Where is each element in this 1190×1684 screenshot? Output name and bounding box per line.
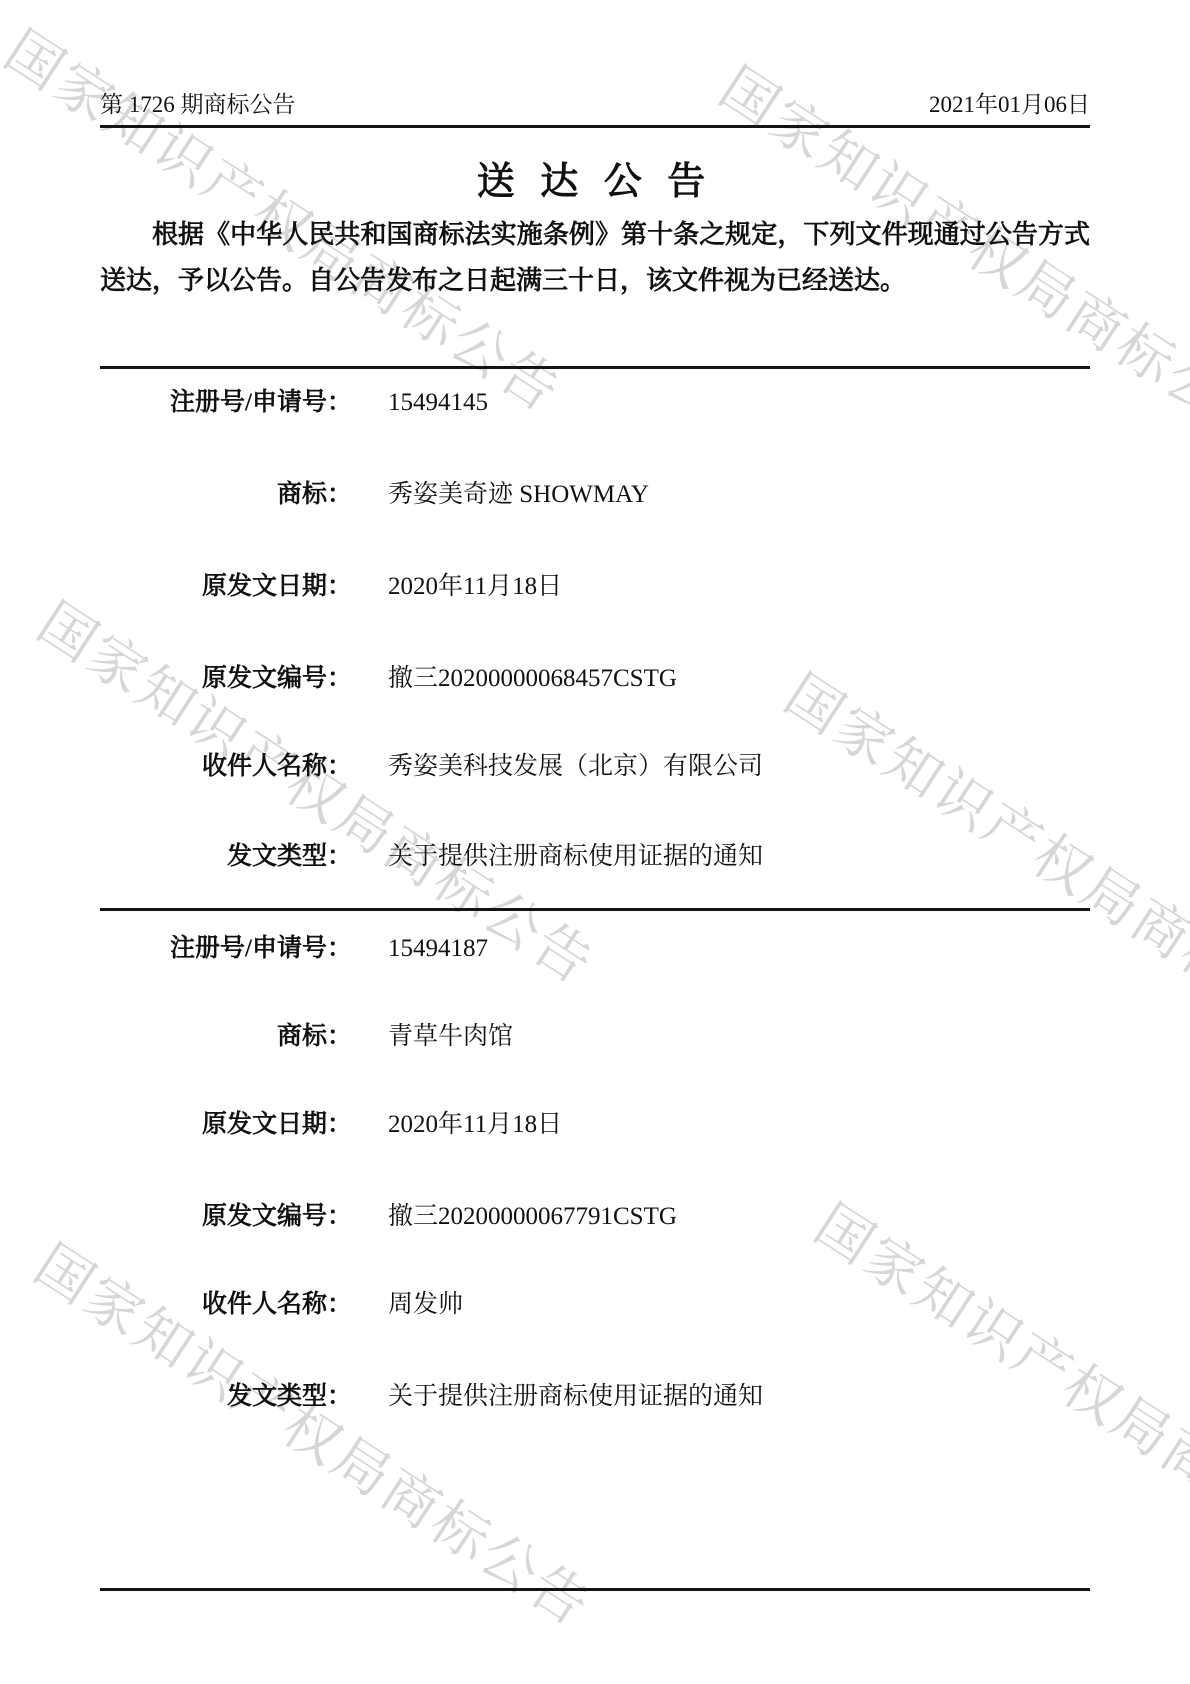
record-row: 发文类型： 关于提供注册商标使用证据的通知 [100,1382,1090,1412]
record-row: 原发文日期： 2020年11月18日 [100,1110,1090,1140]
field-label: 收件人名称： [100,1290,352,1320]
intro-rule [100,366,1090,369]
field-label: 注册号/申请号： [100,934,352,964]
field-label: 原发文日期： [100,572,352,602]
record-row: 原发文日期： 2020年11月18日 [100,572,1090,602]
record-row: 收件人名称： 周发帅 [100,1290,1090,1320]
field-value: 秀姿美奇迹 SHOWMAY [388,480,649,510]
gazette-page: 国家知识产权局商标公告 国家知识产权局商标公告 国家知识产权局商标公告 国家知识… [0,0,1190,1684]
record-row: 原发文编号： 撤三20200000068457CSTG [100,664,1090,694]
document-content: 第 1726 期商标公告 2021年01月06日 送 达 公 告 根据《中华人民… [0,0,1190,1684]
record-row: 注册号/申请号： 15494145 [100,388,1090,418]
field-label: 原发文编号： [100,1202,352,1232]
field-value: 撤三20200000068457CSTG [388,664,677,694]
record-row: 收件人名称： 秀姿美科技发展（北京）有限公司 [100,752,1090,782]
page-header: 第 1726 期商标公告 2021年01月06日 [100,86,1090,119]
record-row: 商标： 青草牛肉馆 [100,1022,1090,1052]
field-label: 商标： [100,480,352,510]
field-value: 周发帅 [388,1290,463,1320]
field-value: 15494187 [388,934,488,964]
page-title: 送 达 公 告 [100,150,1090,205]
field-label: 发文类型： [100,842,352,872]
field-label: 注册号/申请号： [100,388,352,418]
field-value: 关于提供注册商标使用证据的通知 [388,1382,763,1412]
field-value: 秀姿美科技发展（北京）有限公司 [388,752,763,782]
record-row: 注册号/申请号： 15494187 [100,934,1090,964]
field-label: 原发文编号： [100,664,352,694]
field-label: 商标： [100,1022,352,1052]
field-value: 15494145 [388,388,488,418]
field-value: 撤三20200000067791CSTG [388,1202,677,1232]
field-label: 收件人名称： [100,752,352,782]
field-label: 发文类型： [100,1382,352,1412]
page-bottom-rule [100,1588,1090,1591]
record-divider-rule [100,908,1090,911]
record-row: 商标： 秀姿美奇迹 SHOWMAY [100,480,1090,510]
record-row: 发文类型： 关于提供注册商标使用证据的通知 [100,842,1090,872]
gazette-issue-label: 第 1726 期商标公告 [100,86,296,119]
record-row: 原发文编号： 撤三20200000067791CSTG [100,1202,1090,1232]
field-label: 原发文日期： [100,1110,352,1140]
field-value: 关于提供注册商标使用证据的通知 [388,842,763,872]
intro-paragraph: 根据《中华人民共和国商标法实施条例》第十条之规定，下列文件现通过公告方式送达，予… [100,212,1090,304]
field-value: 2020年11月18日 [388,572,562,602]
field-value: 2020年11月18日 [388,1110,562,1140]
header-rule [100,125,1090,128]
field-value: 青草牛肉馆 [388,1022,513,1052]
gazette-date-label: 2021年01月06日 [929,86,1090,119]
